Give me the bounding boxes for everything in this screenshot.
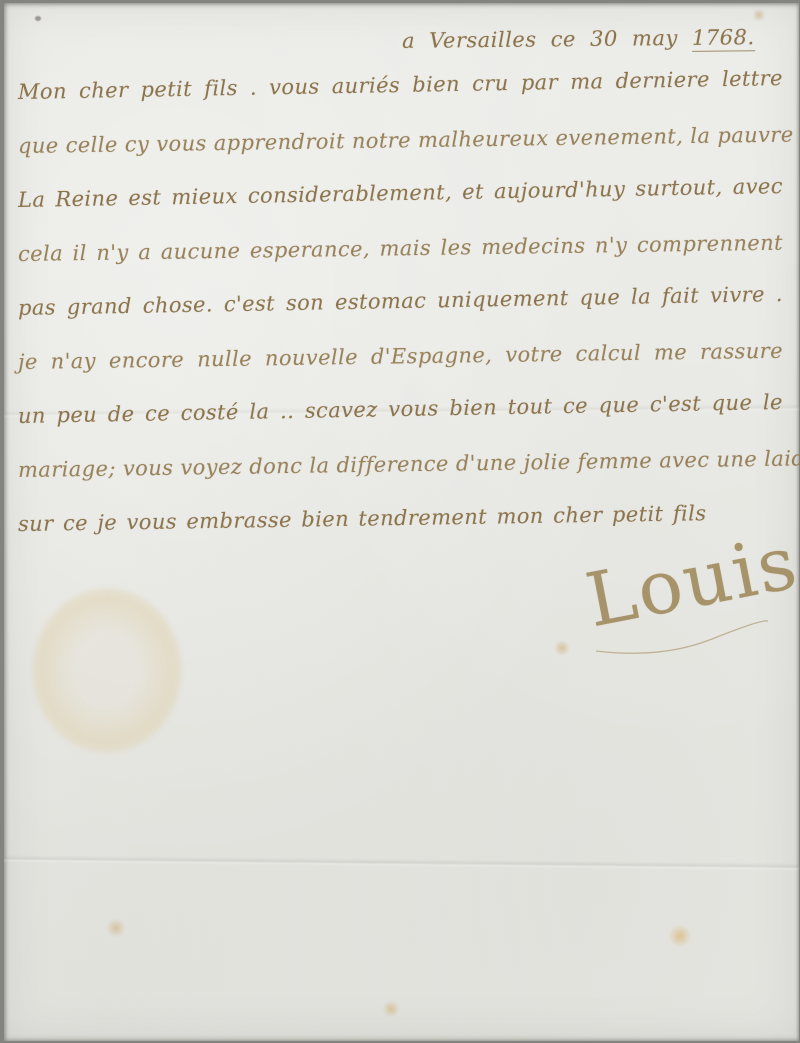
water-stain	[32, 588, 182, 753]
foxing-spot	[106, 919, 126, 937]
foxing-spot	[553, 641, 571, 655]
dateline-place-date: a Versailles ce 30 may	[402, 26, 678, 53]
foxing-spot	[668, 925, 692, 947]
dateline-year: 1768.	[692, 25, 755, 52]
ink-speck	[35, 16, 41, 21]
dateline: a Versailles ce 30 may 1768.	[402, 25, 762, 53]
letter-line: sur ce je vous embrasse bien tendrement …	[18, 486, 707, 551]
foxing-spot	[382, 1001, 400, 1017]
signature-flourish-line	[592, 609, 772, 659]
letter-body: Mon cher petit fils . vous auriés bien c…	[18, 65, 783, 551]
letter-page: a Versailles ce 30 may 1768. Mon cher pe…	[4, 3, 799, 1041]
fold-crease	[4, 855, 799, 871]
letter-scan: a Versailles ce 30 may 1768. Mon cher pe…	[0, 0, 800, 1043]
foxing-spot	[752, 9, 766, 21]
